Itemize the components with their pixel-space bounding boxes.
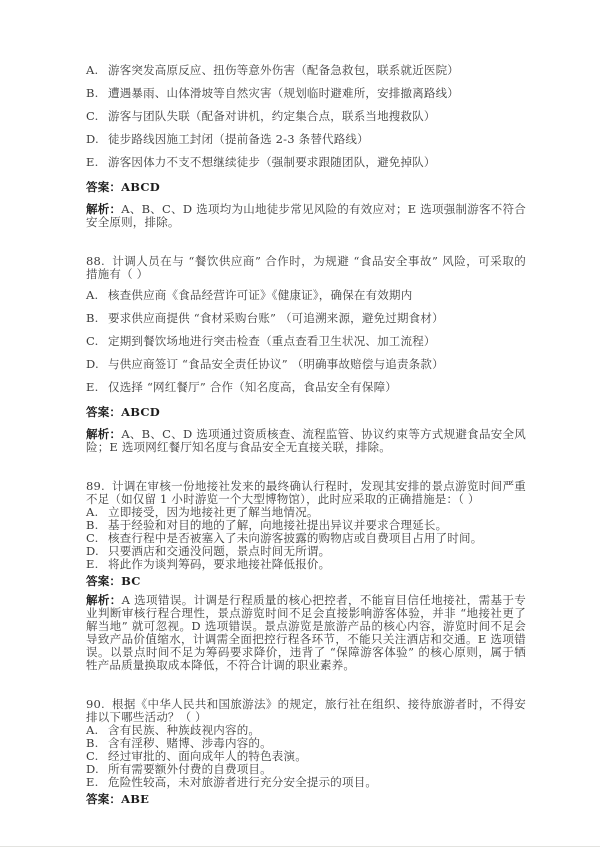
option-row: B. 遭遇暴雨、山体滑坡等自然灾害（规划临时避难所，安排撤离路线） [86, 87, 526, 100]
option-row: E. 将此作为谈判筹码，要求地接社降低报价。 [86, 558, 526, 571]
option-text: 游客与团队失联（配备对讲机，约定集合点，联系当地搜救队） [108, 110, 526, 123]
question-89-options: A. 立即接受，因为地接社更了解当地情况。 B. 基于经验和对目的地的了解，向地… [86, 506, 526, 571]
option-label: B. [86, 312, 108, 325]
option-row: C. 定期到餐饮场地进行突击检查（重点查看卫生状况、加工流程） [86, 335, 526, 348]
answer-line: 答案：ABE [86, 793, 526, 806]
option-row: E. 仅选择 “网红餐厅” 合作（知名度高，食品安全有保障） [86, 381, 526, 394]
analysis-paragraph: 解析：A、B、C、D 选项通过资质核查、流程监管、协议约束等方式规避食品安全风险… [86, 428, 526, 454]
option-text: 遭遇暴雨、山体滑坡等自然灾害（规划临时避难所，安排撤离路线） [108, 87, 526, 100]
answer-label: 答案： [86, 574, 121, 588]
option-text: 仅选择 “网红餐厅” 合作（知名度高，食品安全有保障） [108, 381, 526, 394]
option-row: E. 游客因体力不支不想继续徒步（强制要求跟随团队，避免掉队） [86, 156, 526, 169]
option-row: A. 游客突发高原反应、扭伤等意外伤害（配备急救包，联系就近医院） [86, 64, 526, 77]
analysis-paragraph: 解析：A 选项错误。计调是行程质量的核心把控者，不能盲目信任地接社，需基于专业判… [86, 594, 526, 672]
option-text: 核查供应商《食品经营许可证》《健康证》，确保在有效期内 [108, 289, 526, 302]
option-label: A. [86, 64, 108, 77]
question-stem: 88.计调人员在与 “餐饮供应商” 合作时，为规避 “食品安全事故” 风险，可采… [86, 255, 526, 281]
question-87-options: A. 游客突发高原反应、扭伤等意外伤害（配备急救包，联系就近医院） B. 遭遇暴… [86, 64, 526, 169]
exam-document-page: A. 游客突发高原反应、扭伤等意外伤害（配备急救包，联系就近医院） B. 遭遇暴… [0, 0, 600, 849]
analysis-paragraph: 解析：A、B、C、D 选项均为山地徒步常见风险的有效应对；E 选项强制游客不符合… [86, 203, 526, 229]
option-row: A. 核查供应商《食品经营许可证》《健康证》，确保在有效期内 [86, 289, 526, 302]
question-88: 88.计调人员在与 “餐饮供应商” 合作时，为规避 “食品安全事故” 风险，可采… [86, 255, 526, 454]
option-row: D. 徒步路线因施工封闭（提前备选 2-3 条替代路线） [86, 133, 526, 146]
question-number: 88. [86, 254, 105, 268]
answer-value: ABCD [121, 405, 160, 419]
option-label: C. [86, 110, 108, 123]
question-88-options: A. 核查供应商《食品经营许可证》《健康证》，确保在有效期内 B. 要求供应商提… [86, 289, 526, 394]
option-text: 定期到餐饮场地进行突击检查（重点查看卫生状况、加工流程） [108, 335, 526, 348]
question-stem-text: 计调在审核一份地接社发来的最终确认行程时，发现其安排的景点游览时间严重不足（如仅… [86, 479, 526, 506]
question-stem-text: 根据《中华人民共和国旅游法》的规定，旅行社在组织、接待旅游者时，不得安排以下哪些… [86, 697, 526, 724]
option-row: E. 危险性较高，未对旅游者进行充分安全提示的项目。 [86, 776, 526, 789]
question-number: 89. [86, 479, 105, 493]
answer-value: ABE [121, 792, 149, 806]
question-number: 90. [86, 697, 105, 711]
option-row: D. 与供应商签订 “食品安全责任协议” （明确事故赔偿与追责条款） [86, 358, 526, 371]
option-row: C. 游客与团队失联（配备对讲机，约定集合点，联系当地搜救队） [86, 110, 526, 123]
option-text: 游客突发高原反应、扭伤等意外伤害（配备急救包，联系就近医院） [108, 64, 526, 77]
option-text: 危险性较高，未对旅游者进行充分安全提示的项目。 [108, 776, 526, 789]
question-89: 89.计调在审核一份地接社发来的最终确认行程时，发现其安排的景点游览时间严重不足… [86, 480, 526, 672]
option-label: D. [86, 358, 108, 371]
option-row: B. 要求供应商提供 “食材采购台账” （可追溯来源，避免过期食材） [86, 312, 526, 325]
analysis-label: 解析： [86, 593, 122, 607]
question-87: A. 游客突发高原反应、扭伤等意外伤害（配备急救包，联系就近医院） B. 遭遇暴… [86, 64, 526, 229]
answer-value: ABCD [121, 180, 160, 194]
option-text: 与供应商签订 “食品安全责任协议” （明确事故赔偿与追责条款） [108, 358, 526, 371]
answer-value: BC [121, 574, 141, 588]
answer-label: 答案： [86, 792, 121, 806]
option-label: E. [86, 156, 108, 169]
answer-label: 答案： [86, 405, 121, 419]
analysis-label: 解析： [86, 427, 121, 441]
option-text: 游客因体力不支不想继续徒步（强制要求跟随团队，避免掉队） [108, 156, 526, 169]
answer-line: 答案：ABCD [86, 406, 526, 419]
option-label: E. [86, 381, 108, 394]
option-label: E. [86, 776, 108, 789]
option-text: 徒步路线因施工封闭（提前备选 2-3 条替代路线） [108, 133, 526, 146]
option-text: 将此作为谈判筹码，要求地接社降低报价。 [108, 558, 526, 571]
analysis-text: A、B、C、D 选项均为山地徒步常见风险的有效应对；E 选项强制游客不符合安全原… [86, 202, 526, 229]
option-label: C. [86, 335, 108, 348]
option-text: 要求供应商提供 “食材采购台账” （可追溯来源，避免过期食材） [108, 312, 526, 325]
answer-line: 答案：ABCD [86, 181, 526, 194]
answer-line: 答案：BC [86, 575, 526, 588]
question-90: 90.根据《中华人民共和国旅游法》的规定，旅行社在组织、接待旅游者时，不得安排以… [86, 698, 526, 806]
question-90-options: A. 含有民族、种族歧视内容的。 B. 含有淫秽、赌博、涉毒内容的。 C. 经过… [86, 724, 526, 789]
analysis-label: 解析： [86, 202, 121, 216]
question-stem: 89.计调在审核一份地接社发来的最终确认行程时，发现其安排的景点游览时间严重不足… [86, 480, 526, 506]
option-label: D. [86, 133, 108, 146]
analysis-text: A 选项错误。计调是行程质量的核心把控者，不能盲目信任地接社，需基于专业判断审核… [86, 593, 526, 672]
page-break-line [0, 846, 600, 847]
option-label: A. [86, 289, 108, 302]
answer-label: 答案： [86, 180, 121, 194]
analysis-text: A、B、C、D 选项通过资质核查、流程监管、协议约束等方式规避食品安全风险；E … [86, 427, 526, 454]
option-label: E. [86, 558, 108, 571]
option-label: B. [86, 87, 108, 100]
question-stem-text: 计调人员在与 “餐饮供应商” 合作时，为规避 “食品安全事故” 风险，可采取的措… [86, 254, 526, 281]
question-stem: 90.根据《中华人民共和国旅游法》的规定，旅行社在组织、接待旅游者时，不得安排以… [86, 698, 526, 724]
